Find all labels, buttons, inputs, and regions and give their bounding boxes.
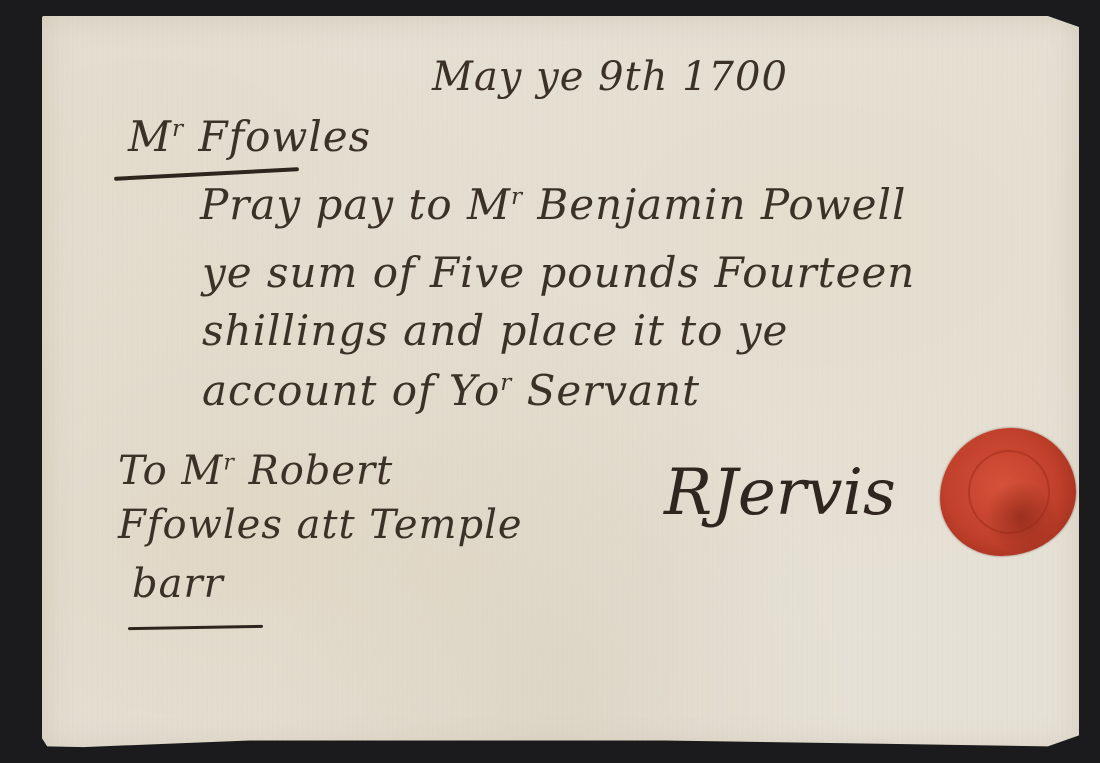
address-line-1-sup: r [223, 451, 235, 476]
body-line-3: shillings and place it to ye [202, 306, 788, 355]
address-line-1: To Mr Robert [118, 448, 393, 494]
signature: RJervis [664, 456, 896, 530]
document-date: May ye 9th 1700 [432, 54, 788, 100]
manuscript-paper: May ye 9th 1700 Mr Ffowles Pray pay to M… [42, 16, 1079, 750]
address-line-3: barr [132, 561, 224, 607]
addressee-first-name: Robert [235, 448, 393, 494]
salutation-underline [114, 167, 299, 181]
salutation-prefix: M [128, 112, 172, 161]
body-line-1-text: Pray pay to M [200, 180, 511, 229]
body-line-1-sup: r [511, 184, 523, 210]
body-line-2: ye sum of Five pounds Fourteen [202, 248, 915, 297]
document-backdrop: May ye 9th 1700 Mr Ffowles Pray pay to M… [0, 0, 1100, 763]
body-line-4: account of Yor Servant [202, 366, 700, 415]
address-line-1-text: To M [118, 448, 223, 494]
body-line-4-sup: r [500, 370, 512, 396]
salutation: Mr Ffowles [128, 112, 371, 161]
body-line-1: Pray pay to Mr Benjamin Powell [200, 180, 906, 229]
salutation-name: Ffowles [198, 112, 371, 161]
address-line-2: Ffowles att Temple [118, 502, 523, 548]
body-line-4-text: account of Yo [202, 366, 500, 415]
salutation-prefix-sup: r [172, 116, 184, 142]
closing-servant: Servant [512, 366, 700, 415]
payee-name: Benjamin Powell [523, 180, 906, 229]
address-underline [128, 625, 263, 630]
